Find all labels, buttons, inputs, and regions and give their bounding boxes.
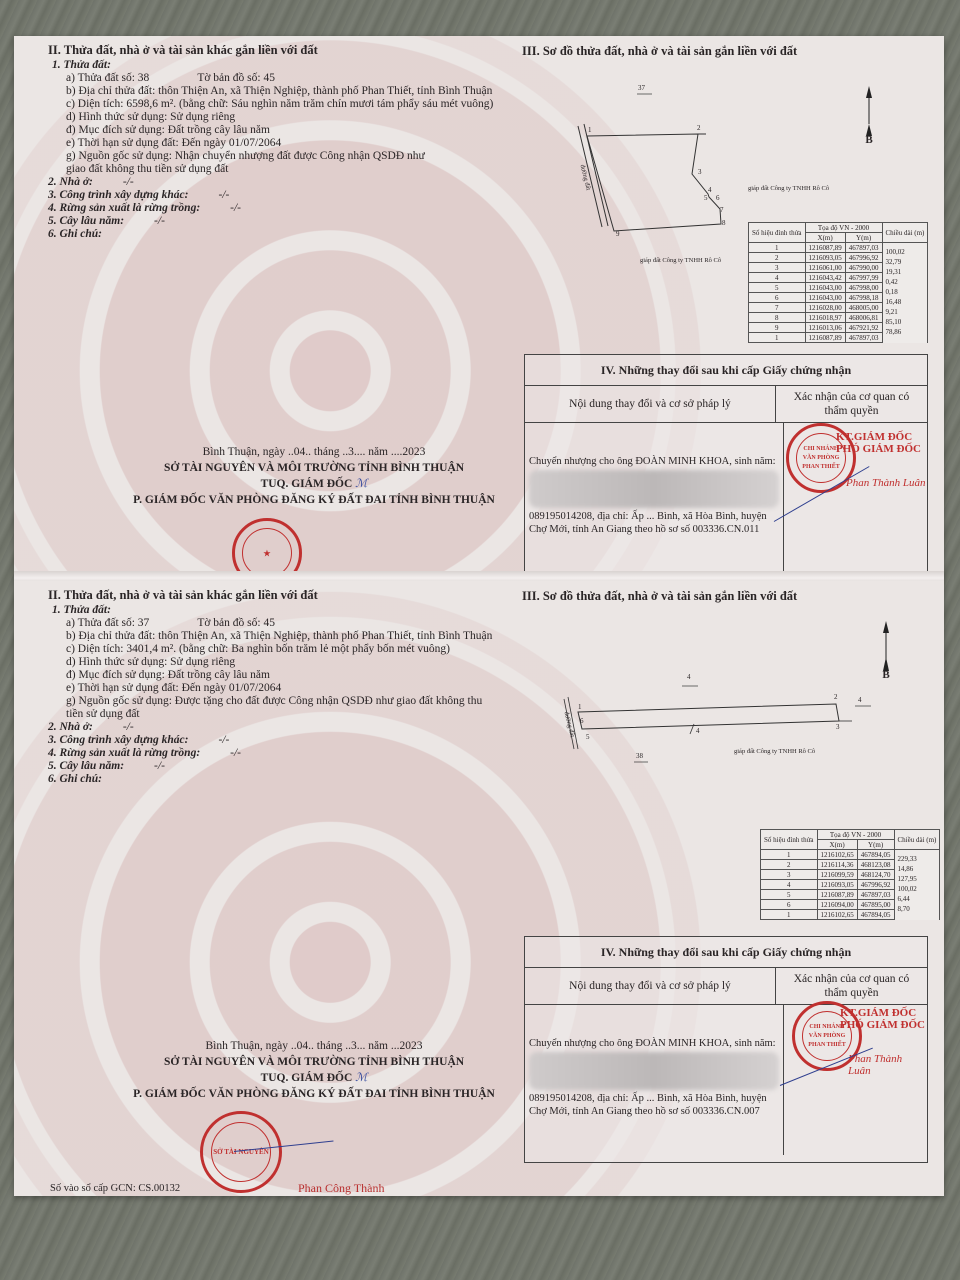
parcel-address: b) Địa chỉ thửa đất: thôn Thiện An, xã T…	[48, 85, 508, 98]
vertex-label: 3	[836, 723, 840, 731]
sign-office: P. GIÁM ĐỐC VĂN PHÒNG ĐĂNG KÝ ĐẤT ĐAI TỈ…	[133, 494, 495, 506]
use-origin-line2: giao đất không thu tiền sử dụng đất	[48, 163, 508, 176]
coordinate-table: Số hiệu đỉnh thửaTọa độ VN - 2000Chiều d…	[760, 829, 940, 920]
east-neighbor-label: giáp đất Công ty TNHH Rô Cô	[748, 185, 829, 192]
sign-office: P. GIÁM ĐỐC VĂN PHÒNG ĐĂNG KÝ ĐẤT ĐAI TỈ…	[133, 1088, 495, 1100]
vertex-label: 1	[578, 703, 582, 711]
vertex-label: 6	[580, 717, 584, 725]
sign-org: SỞ TÀI NGUYÊN VÀ MÔI TRƯỜNG TỈNH BÌNH TH…	[164, 462, 464, 474]
use-purpose: đ) Mục đích sử dụng: Đất trồng cây lâu n…	[48, 669, 508, 682]
use-term: e) Thời hạn sử dụng đất: Đến ngày 01/07/…	[48, 682, 508, 695]
confirm-signer: Phan Thành Luân	[846, 477, 925, 489]
vertex-label: 4	[696, 727, 700, 735]
section-ii-title: II. Thửa đất, nhà ở và tài sản khác gắn …	[48, 589, 508, 602]
table-row: 11216087,89467897,03100,02	[749, 243, 928, 253]
vertex-label: 5	[586, 733, 590, 741]
section-iii-title: III. Sơ đồ thửa đất, nhà ở và tài sản gắ…	[522, 589, 942, 604]
vertex-label: 1	[588, 126, 592, 134]
confirm-role2: PHÓ GIÁM ĐỐC	[840, 1019, 925, 1031]
change-content: Chuyển nhượng cho ông ĐOÀN MINH KHOA, si…	[525, 1005, 784, 1155]
parcel-diagram: 4 4 38 1 2 3 4 5 6 đường đất giáp đất Cô…	[522, 609, 942, 819]
vertex-label: 9	[616, 230, 620, 238]
neighbor-parcel-label-south: 38	[636, 752, 643, 760]
col-authority-confirm: Xác nhận của cơ quan có thẩm quyền	[776, 968, 927, 1004]
change-line3: Chợ Mới, tỉnh An Giang theo hồ sơ số 003…	[529, 523, 779, 536]
item-house: 2. Nhà ở:-/-	[48, 176, 508, 189]
item-notes: 6. Ghi chú:	[48, 228, 508, 241]
parcel-area: c) Diện tích: 3401,4 m². (bằng chữ: Ba n…	[48, 643, 508, 656]
item-planted-forest: 4. Rừng sản xuất là rừng trồng:-/-	[48, 202, 508, 215]
sign-role: TUQ. GIÁM ĐỐC	[261, 1072, 353, 1084]
th-length: Chiều dài (m)	[894, 830, 940, 850]
col-change-content: Nội dung thay đổi và cơ sở pháp lý	[525, 968, 776, 1004]
change-line2: 089195014208, địa chỉ: Ấp ... Bình, xã H…	[529, 1092, 779, 1105]
certificate-parcel-37: II. Thửa đất, nhà ở và tài sản khác gắn …	[14, 581, 944, 1196]
vertex-label: 5	[704, 194, 708, 202]
th-x: X(m)	[805, 233, 845, 243]
vertex-label: 4	[708, 186, 712, 194]
col-authority-confirm: Xác nhận của cơ quan có thẩm quyền	[776, 386, 927, 422]
neighbor-parcel-label-north: 4	[687, 673, 691, 681]
signature-block: Bình Thuận, ngày ..04.. tháng ..3.... nă…	[114, 444, 514, 508]
sign-date: Bình Thuận, ngày ..04.. tháng ..3... năm…	[114, 1038, 514, 1054]
change-line3: Chợ Mới, tỉnh An Giang theo hồ sơ số 003…	[529, 1105, 779, 1118]
map-sheet: Tờ bản đồ số: 45	[197, 72, 275, 84]
table-row: 11216102,65467894,05229,33	[761, 850, 940, 860]
redacted-personal-info	[529, 470, 779, 508]
item-other-construction: 3. Công trình xây dựng khác:-/-	[48, 189, 508, 202]
confirm-role1: KT.GIÁM ĐỐC	[836, 431, 912, 443]
neighbor-parcel-label-east: 4	[858, 696, 862, 704]
th-y: Y(m)	[857, 840, 894, 850]
section-iv-changes: IV. Những thay đổi sau khi cấp Giấy chứn…	[524, 354, 928, 576]
use-origin-line1: g) Nguồn gốc sử dụng: Nhận chuyển nhượng…	[48, 150, 508, 163]
th-point: Số hiệu đỉnh thửa	[761, 830, 818, 850]
section-iii-title: III. Sơ đồ thửa đất, nhà ở và tài sản gắ…	[522, 44, 942, 59]
section-iv-title: IV. Những thay đổi sau khi cấp Giấy chứn…	[525, 937, 927, 968]
south-neighbor-label: giáp đất Công ty TNHH Rô Cô	[734, 748, 815, 755]
item-notes: 6. Ghi chú:	[48, 773, 508, 786]
initial-signature: ℳ	[355, 1072, 367, 1084]
vertex-label: 2	[697, 124, 701, 132]
certificate-parcel-38: II. Thửa đất, nhà ở và tài sản khác gắn …	[14, 36, 944, 576]
section-iv-title: IV. Những thay đổi sau khi cấp Giấy chứn…	[525, 355, 927, 386]
section-ii: II. Thửa đất, nhà ở và tài sản khác gắn …	[48, 589, 508, 786]
use-origin-line2: tiền sử dụng đất	[48, 708, 508, 721]
th-coord: Tọa độ VN - 2000	[805, 223, 882, 233]
vertex-label: 6	[716, 194, 720, 202]
neighbor-parcel-label: 37	[638, 84, 645, 92]
confirm-role2: PHÓ GIÁM ĐỐC	[836, 443, 921, 455]
sign-date: Bình Thuận, ngày ..04.. tháng ..3.... nă…	[114, 444, 514, 460]
th-coord: Tọa độ VN - 2000	[817, 830, 894, 840]
coordinate-table: Số hiệu đỉnh thửaTọa độ VN - 2000Chiều d…	[748, 222, 928, 343]
section-iii: III. Sơ đồ thửa đất, nhà ở và tài sản gắ…	[522, 44, 942, 59]
red-seal-stamp: ★	[232, 518, 302, 576]
use-origin-line1: g) Nguồn gốc sử dụng: Được tặng cho đất …	[48, 695, 508, 708]
item-house: 2. Nhà ở:-/-	[48, 721, 508, 734]
north-arrow-label: B	[864, 134, 874, 146]
use-form: d) Hình thức sử dụng: Sử dụng riêng	[48, 656, 508, 669]
section-ii: II. Thửa đất, nhà ở và tài sản khác gắn …	[48, 44, 508, 241]
th-y: Y(m)	[845, 233, 882, 243]
parcel-number: a) Thửa đất số: 38	[66, 72, 149, 84]
parcel-area: c) Diện tích: 6598,6 m². (bằng chữ: Sáu …	[48, 98, 508, 111]
section-ii-title: II. Thửa đất, nhà ở và tài sản khác gắn …	[48, 44, 508, 57]
parcel-boundary-drawing	[522, 609, 942, 819]
signer-name: Phan Công Thành	[298, 1181, 384, 1196]
use-purpose: đ) Mục đích sử dụng: Đất trồng cây lâu n…	[48, 124, 508, 137]
confirm-signer: Phan Thành Luân	[848, 1053, 927, 1077]
item-other-construction: 3. Công trình xây dựng khác:-/-	[48, 734, 508, 747]
sign-role: TUQ. GIÁM ĐỐC	[261, 478, 353, 490]
land-heading: 1. Thửa đất:	[48, 604, 508, 617]
north-arrow-label: B	[881, 669, 891, 681]
certificate-sheet: II. Thửa đất, nhà ở và tài sản khác gắn …	[14, 36, 944, 1196]
change-content: Chuyển nhượng cho ông ĐOÀN MINH KHOA, si…	[525, 423, 784, 573]
th-x: X(m)	[817, 840, 857, 850]
parcel-number: a) Thửa đất số: 37	[66, 617, 149, 629]
south-neighbor-label: giáp đất Công ty TNHH Rô Cô	[640, 257, 721, 264]
authority-confirmation: CHI NHÁNHVĂN PHÒNGPHAN THIẾT KT.GIÁM ĐỐC…	[784, 423, 927, 573]
th-length: Chiều dài (m)	[882, 223, 928, 243]
section-iv-changes: IV. Những thay đổi sau khi cấp Giấy chứn…	[524, 936, 928, 1163]
change-line1: Chuyển nhượng cho ông ĐOÀN MINH KHOA, si…	[529, 455, 779, 468]
parcel-number-row: a) Thửa đất số: 38Tờ bản đồ số: 45	[48, 72, 508, 85]
change-line2: 089195014208, địa chỉ: Ấp ... Bình, xã H…	[529, 510, 779, 523]
authority-confirmation: CHI NHÁNHVĂN PHÒNGPHAN THIẾT KT.GIÁM ĐỐC…	[784, 1005, 927, 1155]
change-line1: Chuyển nhượng cho ông ĐOÀN MINH KHOA, si…	[529, 1037, 779, 1050]
use-term: e) Thời hạn sử dụng đất: Đến ngày 01/07/…	[48, 137, 508, 150]
vertex-label: 3	[698, 168, 702, 176]
sign-org: SỞ TÀI NGUYÊN VÀ MÔI TRƯỜNG TỈNH BÌNH TH…	[164, 1056, 464, 1068]
redacted-personal-info	[529, 1052, 779, 1090]
section-iii: III. Sơ đồ thửa đất, nhà ở và tài sản gắ…	[522, 589, 942, 604]
th-point: Số hiệu đỉnh thửa	[749, 223, 806, 243]
map-sheet: Tờ bản đồ số: 45	[197, 617, 275, 629]
department-seal-stamp: SỞ TÀI NGUYÊN	[200, 1111, 282, 1193]
col-change-content: Nội dung thay đổi và cơ sở pháp lý	[525, 386, 776, 422]
parcel-number-row: a) Thửa đất số: 37Tờ bản đồ số: 45	[48, 617, 508, 630]
vertex-label: 2	[834, 693, 838, 701]
vertex-label: 7	[720, 206, 724, 214]
vertex-label: 8	[722, 219, 726, 227]
item-planted-forest: 4. Rừng sản xuất là rừng trồng:-/-	[48, 747, 508, 760]
confirm-role1: KT.GIÁM ĐỐC	[840, 1007, 916, 1019]
parcel-address: b) Địa chỉ thửa đất: thôn Thiện An, xã T…	[48, 630, 508, 643]
use-form: d) Hình thức sử dụng: Sử dụng riêng	[48, 111, 508, 124]
land-heading: 1. Thửa đất:	[48, 59, 508, 72]
item-perennial-trees: 5. Cây lâu năm:-/-	[48, 760, 508, 773]
initial-signature: ℳ	[355, 478, 367, 490]
signature-block: Bình Thuận, ngày ..04.. tháng ..3... năm…	[114, 1038, 514, 1102]
item-perennial-trees: 5. Cây lâu năm:-/-	[48, 215, 508, 228]
register-number: Số vào sổ cấp GCN: CS.00132	[50, 1183, 180, 1194]
